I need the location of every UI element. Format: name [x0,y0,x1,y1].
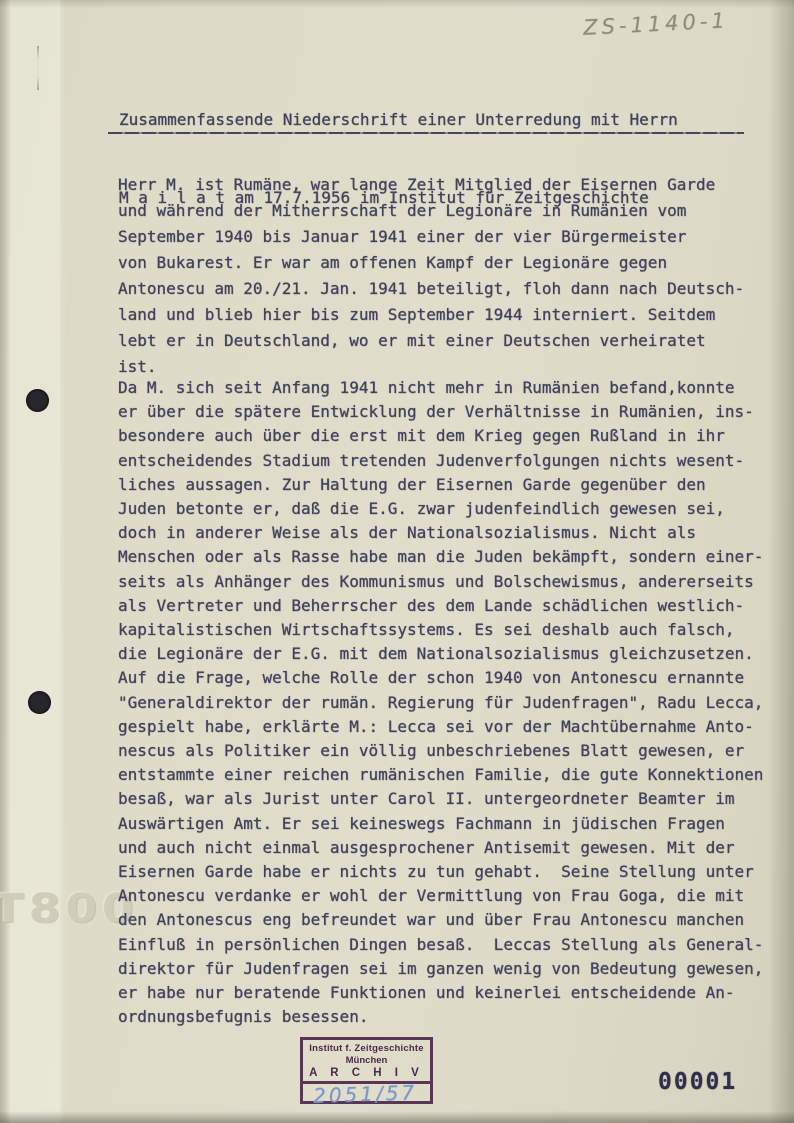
stamp-archiv-label: A R C H I V [305,1067,428,1079]
page-number-stamp: 00001 [658,1069,737,1095]
title-underline [108,132,744,134]
archive-stamp-header: Institut f. Zeitgeschichte München A R C… [303,1040,430,1084]
handwritten-signatur: 2051/57 [305,1080,426,1108]
scanned-document-page: T800 ZS-1140-1 Zusammenfassende Niedersc… [0,0,794,1123]
punch-hole-bottom [28,691,51,714]
handwritten-archive-ref: ZS-1140-1 [582,8,729,40]
pencil-mark [37,46,39,90]
scan-edge-right [768,0,794,1123]
punch-hole-top [26,389,49,412]
paragraph-statement: Da M. sich seit Anfang 1941 nicht mehr i… [118,376,763,1029]
scan-edge-top [0,0,794,8]
stamp-institution: Institut f. Zeitgeschichte [305,1043,428,1054]
title-line-1: Zusammenfassende Niederschrift einer Unt… [119,107,678,133]
archive-stamp-signature-box: 2051/57 [303,1084,430,1108]
archive-stamp: Institut f. Zeitgeschichte München A R C… [300,1037,433,1104]
scan-edge-bottom [0,1111,794,1123]
folder-strip [10,0,60,1123]
stamp-city: München [305,1055,428,1066]
paragraph-biography: Herr M. ist Rumäne, war lange Zeit Mitgl… [118,172,744,380]
scan-edge-left [0,0,10,1123]
